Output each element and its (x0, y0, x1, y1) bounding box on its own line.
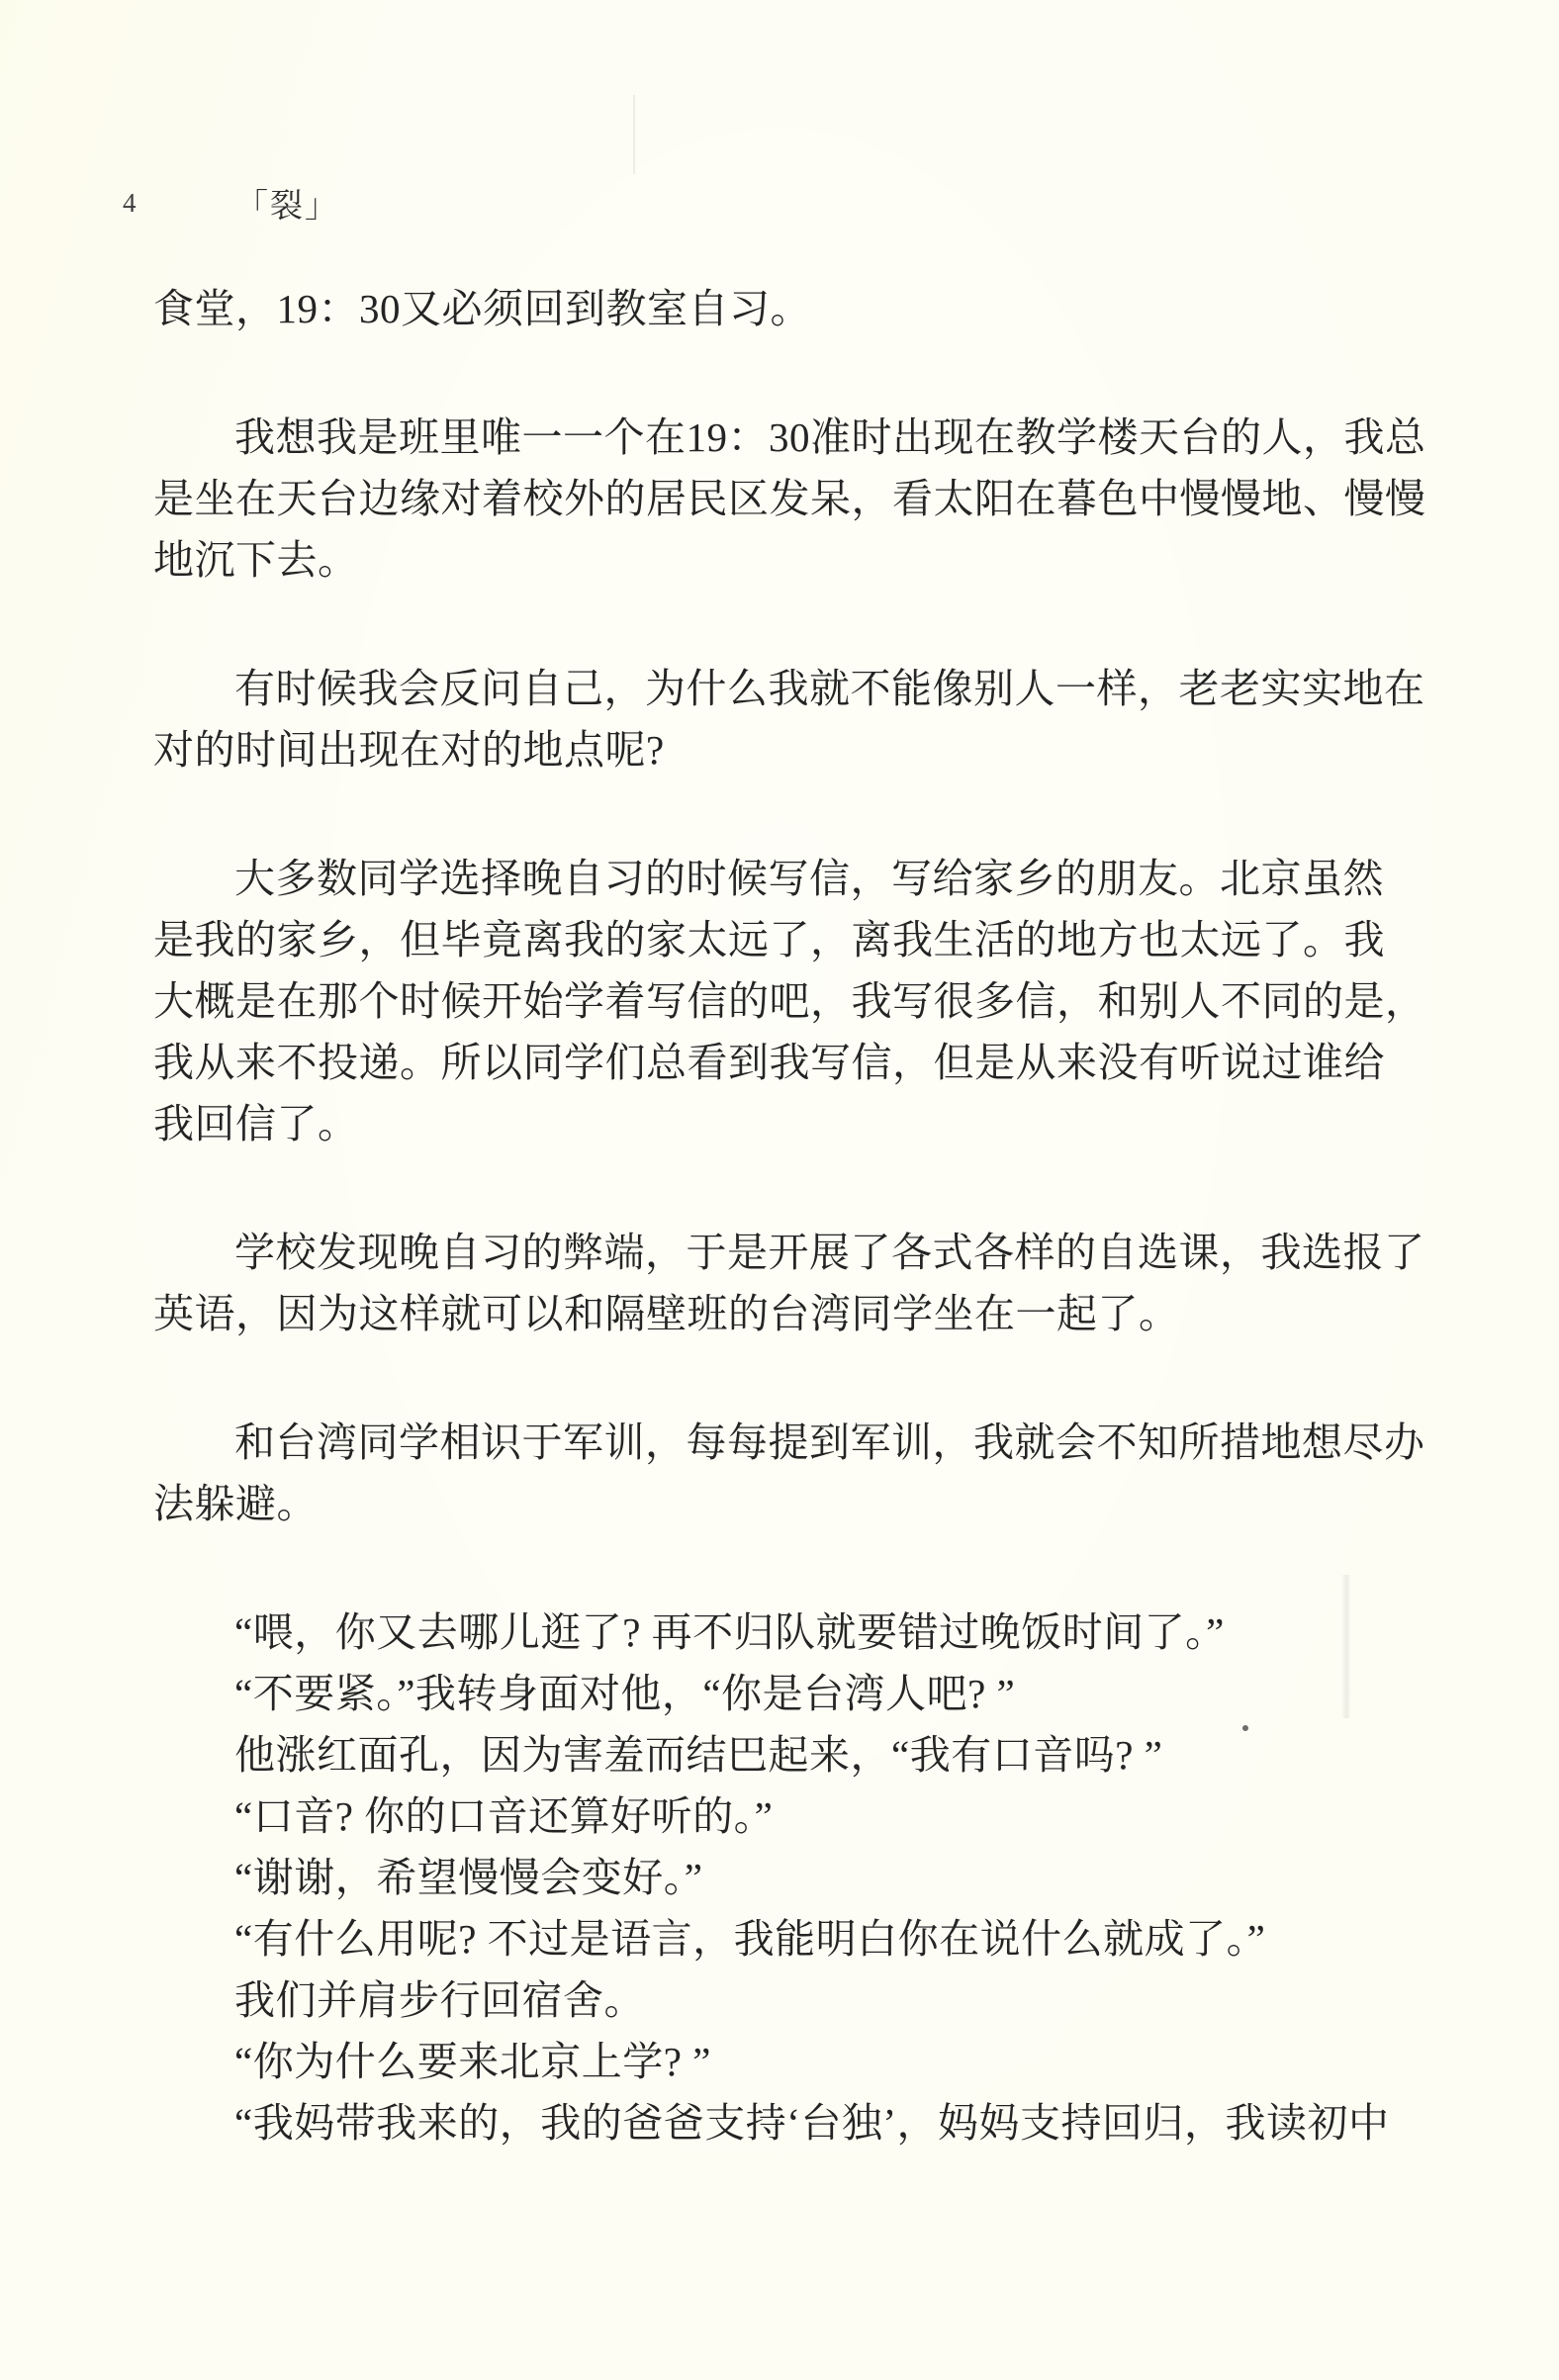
text-line: 食堂，19：30又必须回到教室自习。 (153, 278, 1454, 339)
text-line: 大概是在那个时候开始学着写信的吧，我写很多信，和别人不同的是， (153, 970, 1454, 1032)
text-line: 是坐在天台边缘对着校外的居民区发呆，看太阳在暮色中慢慢地、慢慢 (153, 468, 1454, 529)
text-line: 有时候我会反问自己，为什么我就不能像别人一样，老老实实地在 (153, 658, 1454, 719)
paragraph-letters: 大多数同学选择晚自习的时候写信，写给家乡的朋友。北京虽然 是我的家乡，但毕竟离我… (153, 848, 1454, 1154)
page-number: 4 (123, 188, 138, 219)
dialogue-line: 我们并肩步行回宿舍。 (153, 1969, 1454, 2031)
dialogue-line: “我妈带我来的，我的爸爸支持‘台独’，妈妈支持回归，我读初中 (153, 2092, 1454, 2153)
paragraph-elective-class: 学校发现晚自习的弊端，于是开展了各式各样的自选课，我选报了 英语，因为这样就可以… (153, 1222, 1454, 1344)
dialogue-line: “不要紧。”我转身面对他，“你是台湾人吧? ” (153, 1663, 1454, 1724)
dialogue-block: “喂，你又去哪儿逛了? 再不归队就要错过晚饭时间了。” “不要紧。”我转身面对他… (153, 1602, 1454, 2153)
text-line: 大多数同学选择晚自习的时候写信，写给家乡的朋友。北京虽然 (153, 848, 1454, 909)
scan-artifact-line (633, 95, 635, 174)
dialogue-line: 他涨红面孔，因为害羞而结巴起来，“我有口音吗? ” (153, 1724, 1454, 1785)
dialogue-line: “喂，你又去哪儿逛了? 再不归队就要错过晚饭时间了。” (153, 1602, 1454, 1663)
paragraph-canteen: 食堂，19：30又必须回到教室自习。 (153, 278, 1454, 339)
text-line: 法躲避。 (153, 1473, 1454, 1534)
paragraph-rooftop: 我想我是班里唯一一个在19：30准时出现在教学楼天台的人，我总 是坐在天台边缘对… (153, 407, 1454, 591)
dialogue-line: “谢谢，希望慢慢会变好。” (153, 1847, 1454, 1908)
paragraph-military-training: 和台湾同学相识于军训，每每提到军训，我就会不知所措地想尽办 法躲避。 (153, 1412, 1454, 1534)
body-text: 食堂，19：30又必须回到教室自习。 我想我是班里唯一一个在19：30准时出现在… (153, 278, 1454, 2153)
scanned-book-page: 4 「裂」 食堂，19：30又必须回到教室自习。 我想我是班里唯一一个在19：3… (0, 0, 1559, 2380)
text-line: 我想我是班里唯一一个在19：30准时出现在教学楼天台的人，我总 (153, 407, 1454, 468)
dialogue-line: “有什么用呢? 不过是语言，我能明白你在说什么就成了。” (153, 1908, 1454, 1969)
dialogue-line: “你为什么要来北京上学? ” (153, 2031, 1454, 2092)
text-line: 对的时间出现在对的地点呢? (153, 719, 1454, 780)
text-line: 学校发现晚自习的弊端，于是开展了各式各样的自选课，我选报了 (153, 1222, 1454, 1283)
text-line: 地沉下去。 (153, 529, 1454, 591)
text-line: 我回信了。 (153, 1093, 1454, 1154)
running-header-title: 「裂」 (235, 180, 339, 227)
text-line: 是我的家乡，但毕竟离我的家太远了，离我生活的地方也太远了。我 (153, 909, 1454, 970)
paragraph-self-question: 有时候我会反问自己，为什么我就不能像别人一样，老老实实地在 对的时间出现在对的地… (153, 658, 1454, 780)
text-line: 我从来不投递。所以同学们总看到我写信，但是从来没有听说过谁给 (153, 1032, 1454, 1093)
text-line: 和台湾同学相识于军训，每每提到军训，我就会不知所措地想尽办 (153, 1412, 1454, 1473)
text-line: 英语，因为这样就可以和隔壁班的台湾同学坐在一起了。 (153, 1283, 1454, 1344)
dialogue-line: “口音? 你的口音还算好听的。” (153, 1785, 1454, 1847)
